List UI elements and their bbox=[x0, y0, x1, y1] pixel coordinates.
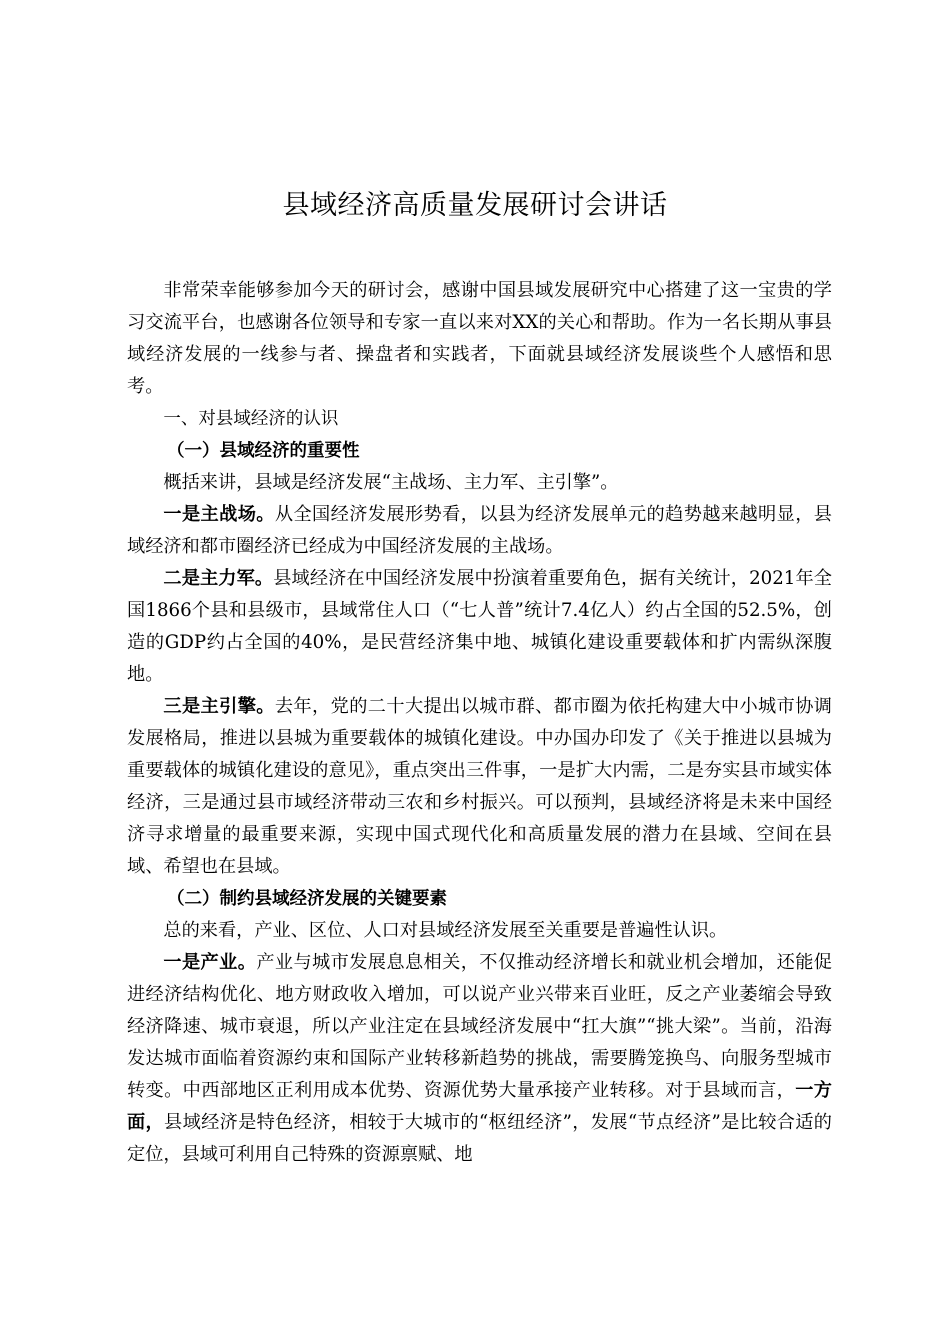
document-body: 非常荣幸能够参加今天的研讨会，感谢中国县域发展研究中心搭建了这一宝贵的学习交流平… bbox=[127, 275, 832, 1171]
point-text: 去年，党的二十大提出以城市群、都市圈为依托构建大中小城市协调发展格局，推进以县城… bbox=[127, 696, 832, 877]
summary-paragraph: 概括来讲，县域是经济发展“主战场、主力军、主引擎”。 bbox=[127, 467, 832, 499]
section-heading: 一、对县域经济的认识 bbox=[127, 403, 832, 435]
point-paragraph: 一是产业。产业与城市发展息息相关，不仅推动经济增长和就业机会增加，还能促进经济结… bbox=[127, 947, 832, 1171]
summary-paragraph: 总的来看，产业、区位、人口对县域经济发展至关重要是普遍性认识。 bbox=[127, 915, 832, 947]
subsection-heading: （一）县域经济的重要性 bbox=[127, 435, 832, 467]
point-lead: 三是主引擎。 bbox=[163, 696, 275, 717]
point-text: 县域经济是特色经济，相较于大城市的“枢纽经济”，发展“节点经济”是比较合适的定位… bbox=[127, 1112, 832, 1165]
subsection-heading: （二）制约县域经济发展的关键要素 bbox=[127, 883, 832, 915]
document-page: 县域经济高质量发展研讨会讲话 非常荣幸能够参加今天的研讨会，感谢中国县域发展研究… bbox=[0, 0, 950, 1344]
intro-paragraph: 非常荣幸能够参加今天的研讨会，感谢中国县域发展研究中心搭建了这一宝贵的学习交流平… bbox=[127, 275, 832, 403]
document-title: 县域经济高质量发展研讨会讲话 bbox=[0, 186, 950, 226]
point-paragraph: 二是主力军。县域经济在中国经济发展中扮演着重要角色，据有关统计，2021年全国1… bbox=[127, 563, 832, 691]
point-lead: 二是主力军。 bbox=[163, 568, 273, 589]
point-paragraph: 一是主战场。从全国经济发展形势看，以县为经济发展单元的趋势越来越明显，县域经济和… bbox=[127, 499, 832, 563]
point-lead: 一是主战场。 bbox=[163, 504, 275, 525]
point-text: 产业与城市发展息息相关，不仅推动经济增长和就业机会增加，还能促进经济结构优化、地… bbox=[127, 952, 832, 1101]
point-paragraph: 三是主引擎。去年，党的二十大提出以城市群、都市圈为依托构建大中小城市协调发展格局… bbox=[127, 691, 832, 883]
point-lead: 一是产业。 bbox=[163, 952, 256, 973]
